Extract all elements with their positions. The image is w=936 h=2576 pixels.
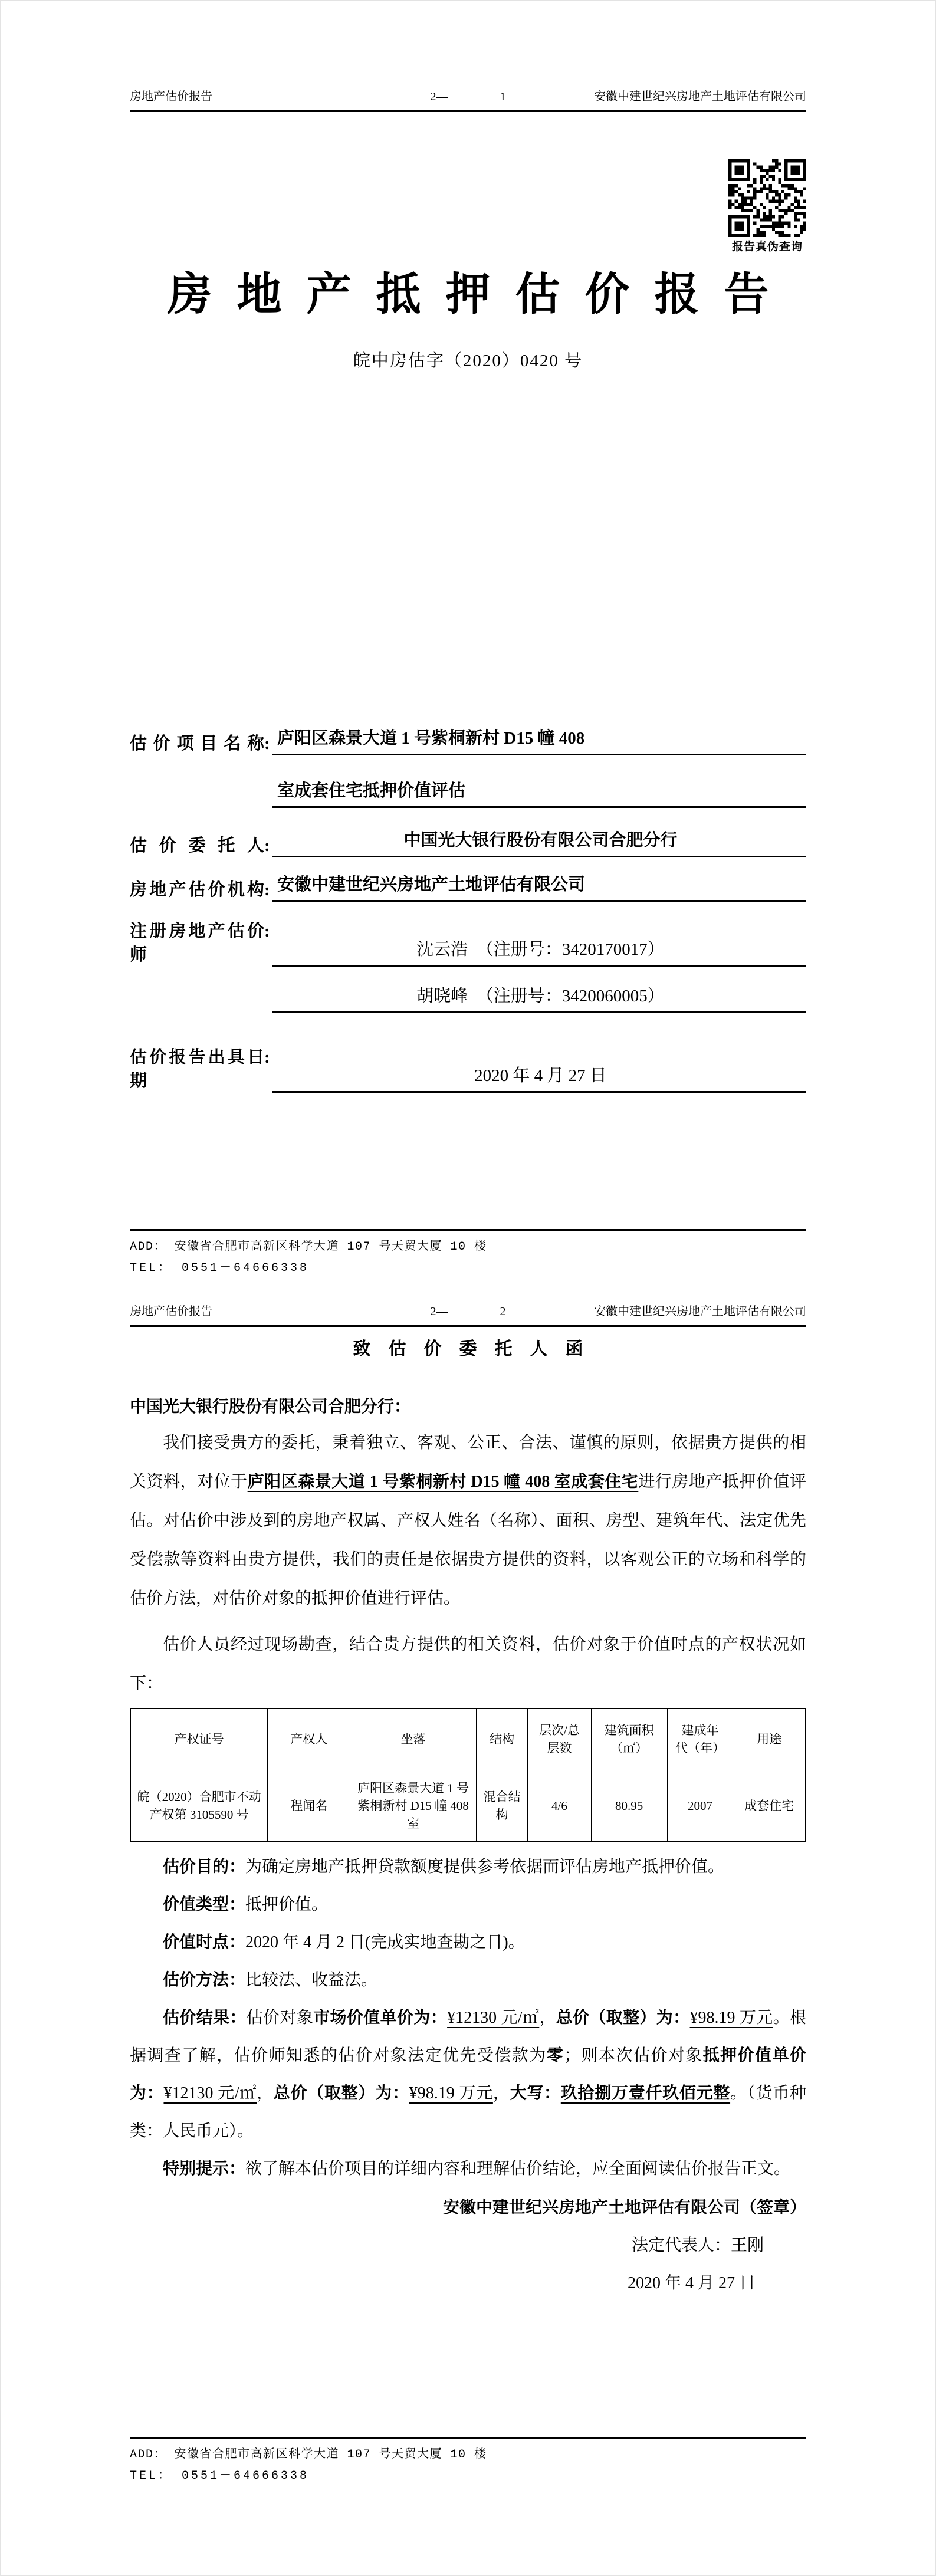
cell-owner: 程闻名 [268,1770,350,1842]
field-label: 估价报告出具日期: [130,1046,272,1093]
table-header-row: 产权证号 产权人 坐落 结构 层次/总 层数 建筑面积 （㎡） 建成年 代（年）… [130,1708,806,1770]
field-value: 室成套住宅抵押价值评估 [272,779,806,808]
footer-telephone: TEL： 0551－64666338 [130,2466,806,2487]
col-header-area: 建筑面积 （㎡） [591,1708,667,1770]
signature-legal-rep: 法定代表人：王刚 [130,2234,806,2258]
field-value: 胡晓峰 （注册号：3420060005） [272,984,806,1013]
field-issue-date: 估价报告出具日期: 2020 年 4 月 27 日 [130,1046,806,1093]
signature-company: 安徽中建世纪兴房地产土地评估有限公司（签章） [130,2196,806,2220]
header-doc-label: 房地产估价报告 [130,88,431,105]
field-project-name-line2: 室成套住宅抵押价值评估 [130,779,806,808]
field-agency: 房地产估价机构: 安徽中建世纪兴房地产土地评估有限公司 [130,873,806,902]
footer-rule [130,1229,806,1231]
item-value-type: 价值类型：抵押价值。 [130,1886,806,1924]
property-table-head: 产权证号 产权人 坐落 结构 层次/总 层数 建筑面积 （㎡） 建成年 代（年）… [130,1708,806,1770]
header-page-no: 1 [500,88,506,105]
page-footer: ADD： 安徽省合肥市高新区科学大道 107 号天贸大厦 10 楼 TEL： 0… [130,2437,806,2487]
field-value: 安徽中建世纪兴房地产土地评估有限公司 [272,873,806,902]
col-header-usage: 用途 [733,1708,806,1770]
col-header-floor: 层次/总 层数 [528,1708,591,1770]
header-company-name: 安徽中建世纪兴房地产土地评估有限公司 [506,1303,807,1320]
header-rule [130,1325,806,1327]
property-table: 产权证号 产权人 坐落 结构 层次/总 层数 建筑面积 （㎡） 建成年 代（年）… [130,1708,806,1842]
valuation-items: 估价目的：为确定房地产抵押贷款额度提供参考依据而评估房地产抵押价值。 价值类型：… [130,1848,806,1999]
footer-address: ADD： 安徽省合肥市高新区科学大道 107 号天贸大厦 10 楼 [130,2444,806,2466]
letter-salutation: 中国光大银行股份有限公司合肥分行： [130,1395,806,1419]
page-footer: ADD： 安徽省合肥市高新区科学大道 107 号天贸大厦 10 楼 TEL： 0… [130,1229,806,1279]
page-header: 房地产估价报告 2— 1 安徽中建世纪兴房地产土地评估有限公司 [130,88,806,105]
col-header-owner: 产权人 [268,1708,350,1770]
property-table-body: 皖（2020）合肥市不动产权第 3105590 号 程闻名 庐阳区森景大道 1 … [130,1770,806,1842]
qr-caption: 报告真伪查询 [728,239,806,255]
cell-area: 80.95 [591,1770,667,1842]
cell-cert-no: 皖（2020）合肥市不动产权第 3105590 号 [130,1770,268,1842]
field-value: 沈云浩 （注册号：3420170017） [272,938,806,967]
item-method: 估价方法：比较法、收益法。 [130,1961,806,1999]
report-title: 房地产抵押估价报告 [130,268,806,322]
field-label: 注册房地产估价师: [130,919,272,967]
field-label: 估价项目名称: [130,732,272,755]
header-page-no: 2 [500,1303,506,1320]
footer-rule [130,2437,806,2439]
col-header-structure: 结构 [477,1708,528,1770]
cell-location: 庐阳区森景大道 1 号紫桐新村 D15 幢 408 室 [350,1770,477,1842]
item-value-date: 价值时点：2020 年 4 月 2 日(完成实地查勘之日)。 [130,1924,806,1961]
header-page-number: 2— 2 [431,1303,506,1320]
page-header: 房地产估价报告 2— 2 安徽中建世纪兴房地产土地评估有限公司 [130,1303,806,1320]
item-purpose: 估价目的：为确定房地产抵押贷款额度提供参考依据而评估房地产抵押价值。 [130,1848,806,1886]
cell-year-built: 2007 [667,1770,733,1842]
cell-floor: 4/6 [528,1770,591,1842]
field-project-name: 估价项目名称: 庐阳区森景大道 1 号紫桐新村 D15 幢 408 [130,727,806,755]
cover-form: 估价项目名称: 庐阳区森景大道 1 号紫桐新村 D15 幢 408 室成套住宅抵… [130,727,806,1093]
header-doc-label: 房地产估价报告 [130,1303,431,1320]
field-client: 估价委托人: 中国光大银行股份有限公司合肥分行 [130,829,806,857]
valuation-result: 估价结果：估价对象市场价值单价为：¥12130 元/㎡，总价（取整）为：¥98.… [130,1999,806,2150]
report-doc-number: 皖中房估字（2020）0420 号 [130,349,806,373]
cell-usage: 成套住宅 [733,1770,806,1842]
field-value: 庐阳区森景大道 1 号紫桐新村 D15 幢 408 [272,727,806,755]
col-header-cert-no: 产权证号 [130,1708,268,1770]
letter-page: 房地产估价报告 2— 2 安徽中建世纪兴房地产土地评估有限公司 致估价委托人函 … [0,1303,936,2576]
field-label: 房地产估价机构: [130,878,272,902]
letter-title: 致估价委托人函 [130,1336,806,1362]
header-page-prefix: 2— [431,88,448,105]
col-header-location: 坐落 [350,1708,477,1770]
qr-code-image [728,159,806,237]
header-page-prefix: 2— [431,1303,448,1320]
report-document: { "header": { "doc_label": "房地产估价报告", "p… [0,0,936,2576]
col-header-year-built: 建成年 代（年） [667,1708,733,1770]
field-value: 2020 年 4 月 27 日 [272,1064,806,1093]
header-rule [130,110,806,112]
header-page-number: 2— 1 [431,88,506,105]
header-company-name: 安徽中建世纪兴房地产土地评估有限公司 [506,88,807,105]
signature-date: 2020 年 4 月 27 日 [130,2272,806,2295]
qr-code [728,159,806,237]
field-label: 估价委托人: [130,834,272,857]
cover-page: 房地产估价报告 2— 1 安徽中建世纪兴房地产土地评估有限公司 报告真伪查询 房… [0,0,936,1303]
letter-paragraph-1: 我们接受贵方的委托，秉着独立、客观、公正、合法、谨慎的原则，依据贵方提供的相关资… [130,1424,806,1618]
footer-telephone: TEL： 0551－64666338 [130,1258,806,1279]
special-note: 特别提示：欲了解本估价项目的详细内容和理解估价结论，应全面阅读估价报告正文。 [130,2150,806,2188]
qr-block: 报告真伪查询 [130,159,806,255]
footer-address: ADD： 安徽省合肥市高新区科学大道 107 号天贸大厦 10 楼 [130,1237,806,1258]
field-value: 中国光大银行股份有限公司合肥分行 [272,829,806,857]
letter-paragraph-2: 估价人员经过现场勘查，结合贵方提供的相关资料，估价对象于价值时点的产权状况如下： [130,1625,806,1703]
table-row: 皖（2020）合肥市不动产权第 3105590 号 程闻名 庐阳区森景大道 1 … [130,1770,806,1842]
field-appraiser-2: 胡晓峰 （注册号：3420060005） [130,984,806,1013]
field-appraiser-1: 注册房地产估价师: 沈云浩 （注册号：3420170017） [130,919,806,967]
cell-structure: 混合结构 [477,1770,528,1842]
